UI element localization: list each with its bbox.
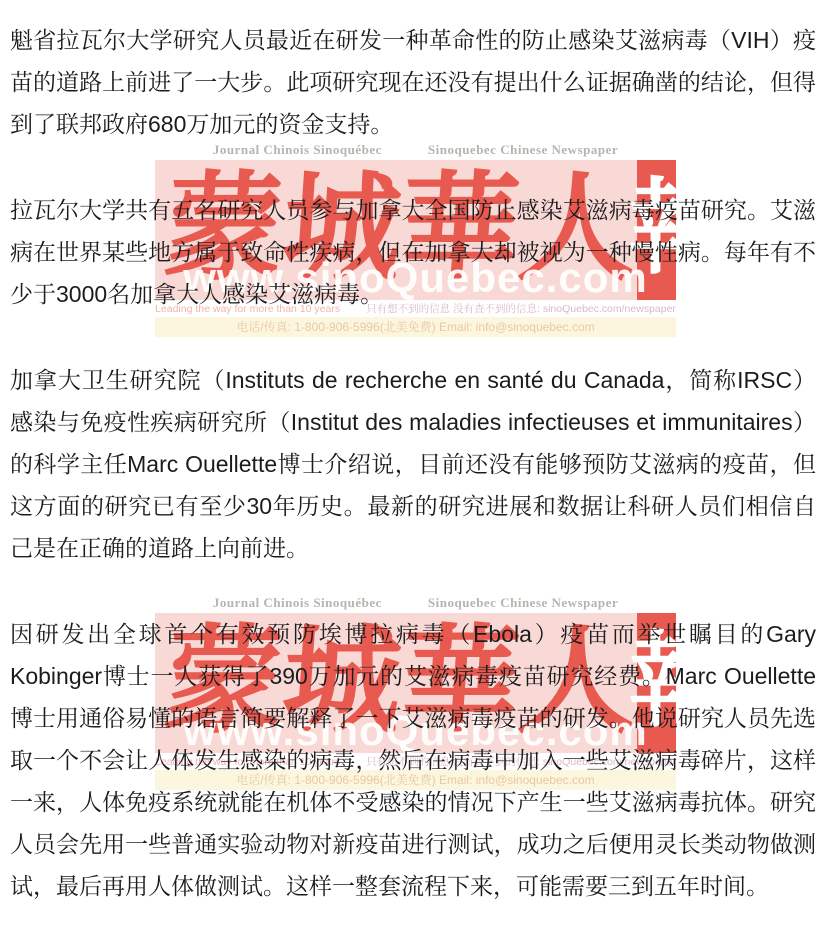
article-paragraph-3: 加拿大卫生研究院（Instituts de recherche en santé… [10, 359, 816, 569]
article-body: 魁省拉瓦尔大学研究人员最近在研发一种革命性的防止感染艾滋病毒（VIH）疫苗的道路… [0, 0, 827, 907]
article-paragraph-1: 魁省拉瓦尔大学研究人员最近在研发一种革命性的防止感染艾滋病毒（VIH）疫苗的道路… [10, 19, 816, 145]
article-page: Journal Chinois Sinoquébec Sinoquebec Ch… [0, 0, 827, 940]
article-paragraph-2: 拉瓦尔大学共有五名研究人员参与加拿大全国防止感染艾滋病毒疫苗研究。艾滋病在世界某… [10, 189, 816, 315]
article-paragraph-4: 因研发出全球首个有效预防埃博拉病毒（Ebola）疫苗而举世瞩目的Gary Kob… [10, 613, 816, 907]
